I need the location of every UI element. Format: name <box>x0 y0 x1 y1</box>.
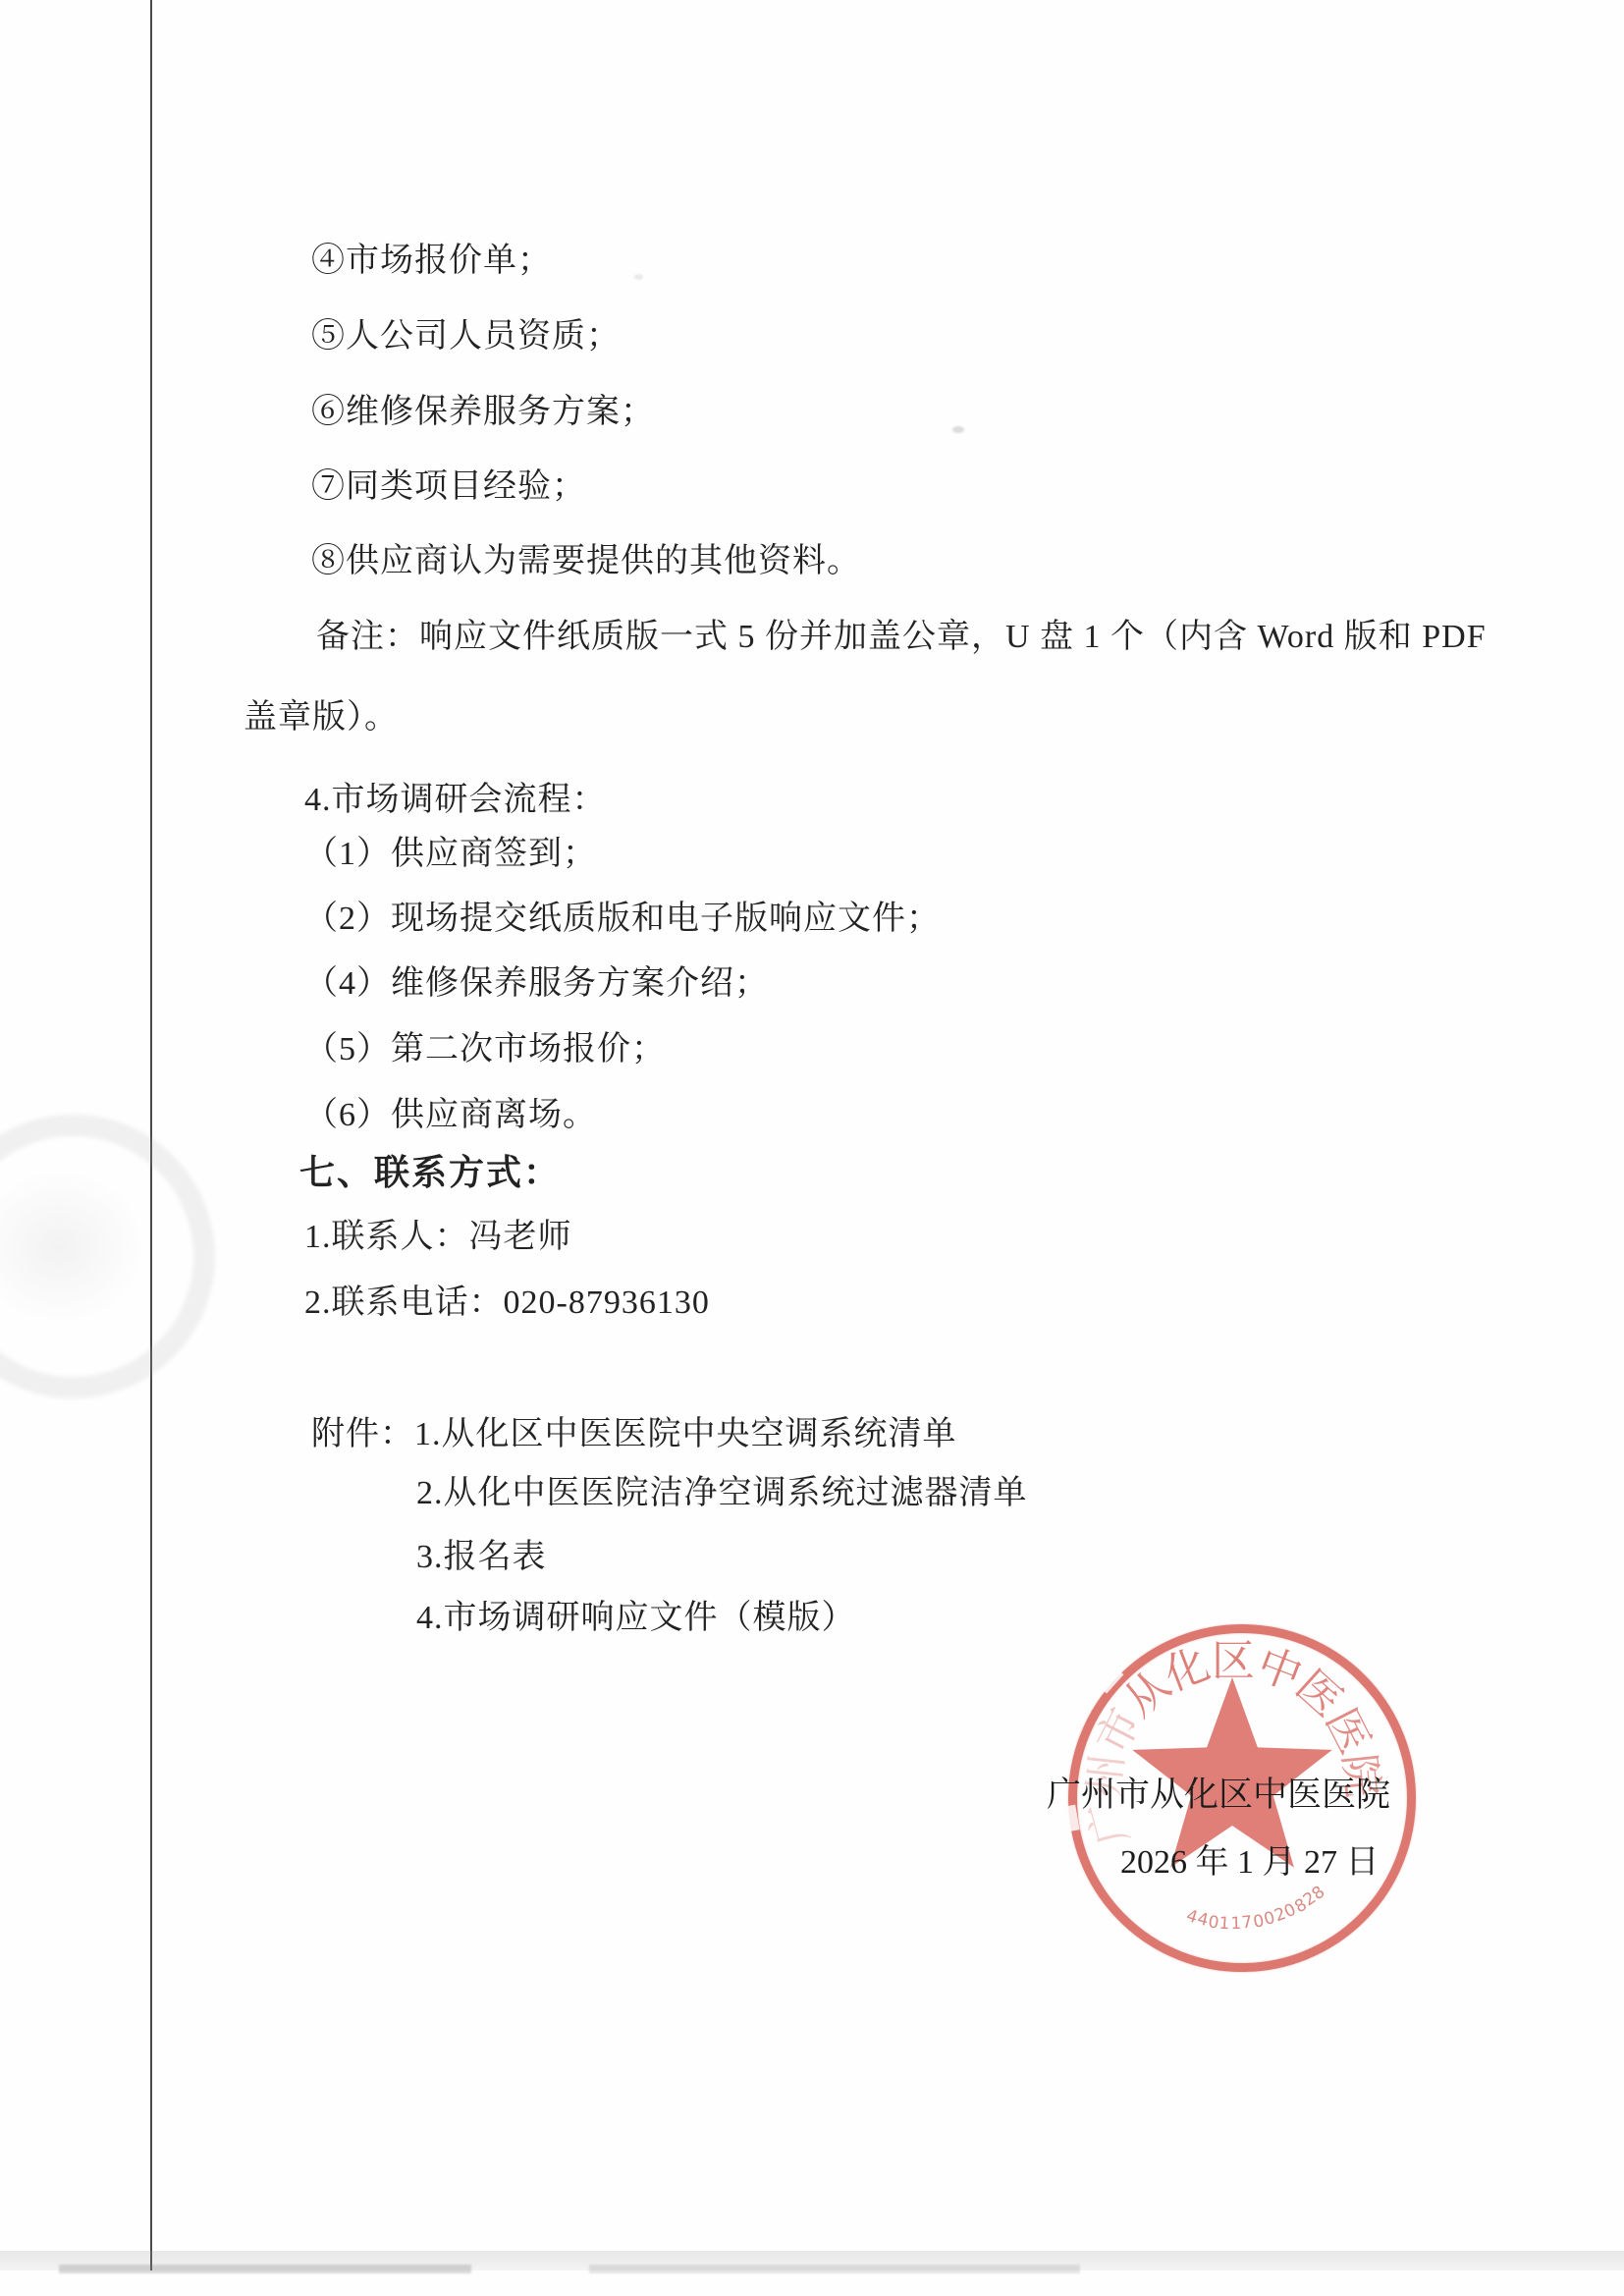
attachment-2: 2.从化中医医院洁净空调系统过滤器清单 <box>416 1465 1028 1513</box>
seal-ring-char: 区 <box>1211 1639 1256 1684</box>
flow-step-6: （6）供应商离场。 <box>304 1087 597 1135</box>
org-name: 广州市从化区中医医院 <box>1047 1768 1390 1817</box>
flow-step-4: （4）维修保养服务方案介绍； <box>304 956 769 1004</box>
contact-phone: 2.联系电话：020-87936130 <box>304 1275 710 1323</box>
scan-smudge <box>634 274 643 280</box>
flow-step-2: （2）现场提交纸质版和电子版响应文件； <box>304 891 941 939</box>
item-5-personnel-qualification: ⑤人公司人员资质； <box>311 308 621 356</box>
attachment-1: 附件：1.从化区中医医院中央空调系统清单 <box>311 1406 957 1454</box>
flow-step-1: （1）供应商签到； <box>304 826 597 874</box>
item-8-other-materials: ⑧供应商认为需要提供的其他资料。 <box>311 533 861 581</box>
contact-person: 1.联系人：冯老师 <box>304 1209 572 1257</box>
page: ④市场报价单；⑤人公司人员资质；⑥维修保养服务方案；⑦同类项目经验；⑧供应商认为… <box>0 0 1624 2296</box>
remark-line: 备注：响应文件纸质版一式 5 份并加盖公章，U 盘 1 个（内含 Word 版和… <box>316 609 1487 657</box>
item-6-maintenance-plan: ⑥维修保养服务方案； <box>311 384 655 432</box>
scan-smudge <box>952 426 964 433</box>
item-7-similar-experience: ⑦同类项目经验； <box>311 459 586 507</box>
scan-edge-line <box>150 0 152 2270</box>
item-4-market-quote: ④市场报价单； <box>311 233 552 281</box>
attachment-3: 3.报名表 <box>416 1529 547 1577</box>
section-7-contact-heading: 七、联系方式： <box>299 1145 561 1195</box>
signature-date: 2026 年 1 月 27 日 <box>1120 1834 1380 1883</box>
flow-step-5: （5）第二次市场报价； <box>304 1021 666 1069</box>
scan-bottom-smudge <box>59 2265 471 2273</box>
section-4-meeting-flow: 4.市场调研会流程： <box>304 772 607 820</box>
attachment-4: 4.市场调研响应文件（模版） <box>416 1590 856 1638</box>
remark-line-wrap: 盖章版）。 <box>244 689 399 738</box>
scan-bottom-smudge <box>589 2265 1080 2273</box>
